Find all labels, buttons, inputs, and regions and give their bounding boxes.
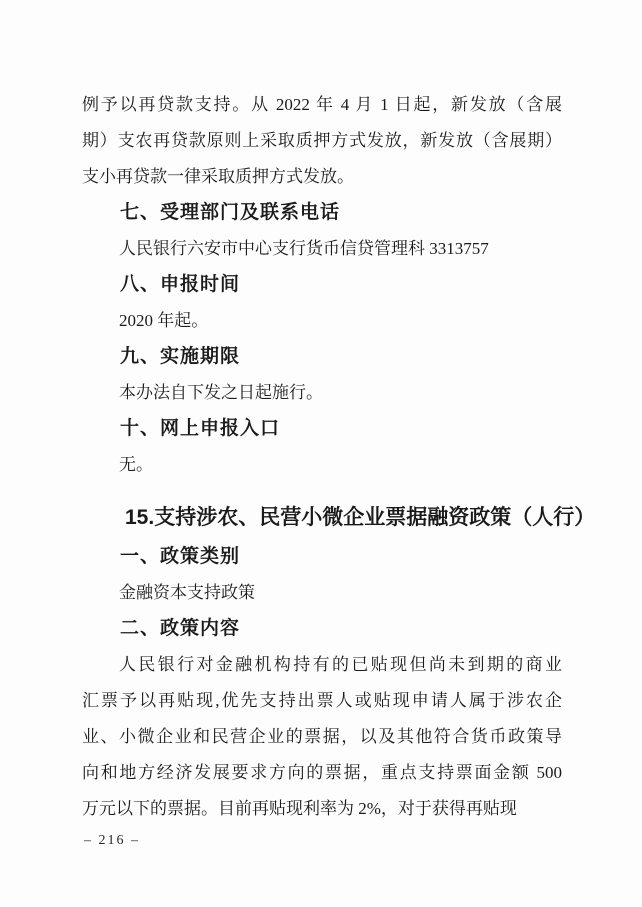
text-line: 业、小微企业和民营企业的票据，以及其他符合货币政策导 [82, 719, 562, 755]
document-body: 例予以再贷款支持。从 2022 年 4 月 1 日起，新发放（含展期）支农再贷款… [82, 87, 562, 827]
text-line: 期）支农再贷款原则上采取质押方式发放，新发放（含展期） [82, 123, 562, 159]
section-title: 15.支持涉农、民营小微企业票据融资政策（人行） [82, 497, 562, 539]
section-heading: 十、网上申报入口 [82, 411, 562, 447]
text-line: 支小再贷款一律采取质押方式发放。 [82, 159, 562, 195]
text-line: 本办法自下发之日起施行。 [82, 375, 562, 411]
section-heading: 九、实施期限 [82, 339, 562, 375]
section-heading: 七、受理部门及联系电话 [82, 195, 562, 231]
section-heading: 八、申报时间 [82, 267, 562, 303]
text-line: 人民银行对金融机构持有的已贴现但尚未到期的商业 [82, 647, 562, 683]
section-heading: 二、政策内容 [82, 611, 562, 647]
text-line: 人民银行六安市中心支行货币信贷管理科 3313757 [82, 231, 562, 267]
page-number: – 216 – [84, 832, 140, 850]
text-line: 向和地方经济发展要求方向的票据，重点支持票面金额 500 [82, 755, 562, 791]
text-line: 金融资本支持政策 [82, 575, 562, 611]
text-line: 2020 年起。 [82, 303, 562, 339]
text-line: 汇票予以再贴现,优先支持出票人或贴现申请人属于涉农企 [82, 683, 562, 719]
document-page: 例予以再贷款支持。从 2022 年 4 月 1 日起，新发放（含展期）支农再贷款… [0, 0, 642, 907]
text-line: 例予以再贷款支持。从 2022 年 4 月 1 日起，新发放（含展 [82, 87, 562, 123]
text-line: 万元以下的票据。目前再贴现利率为 2%，对于获得再贴现 [82, 791, 562, 827]
section-heading: 一、政策类别 [82, 539, 562, 575]
text-line: 无。 [82, 447, 562, 483]
